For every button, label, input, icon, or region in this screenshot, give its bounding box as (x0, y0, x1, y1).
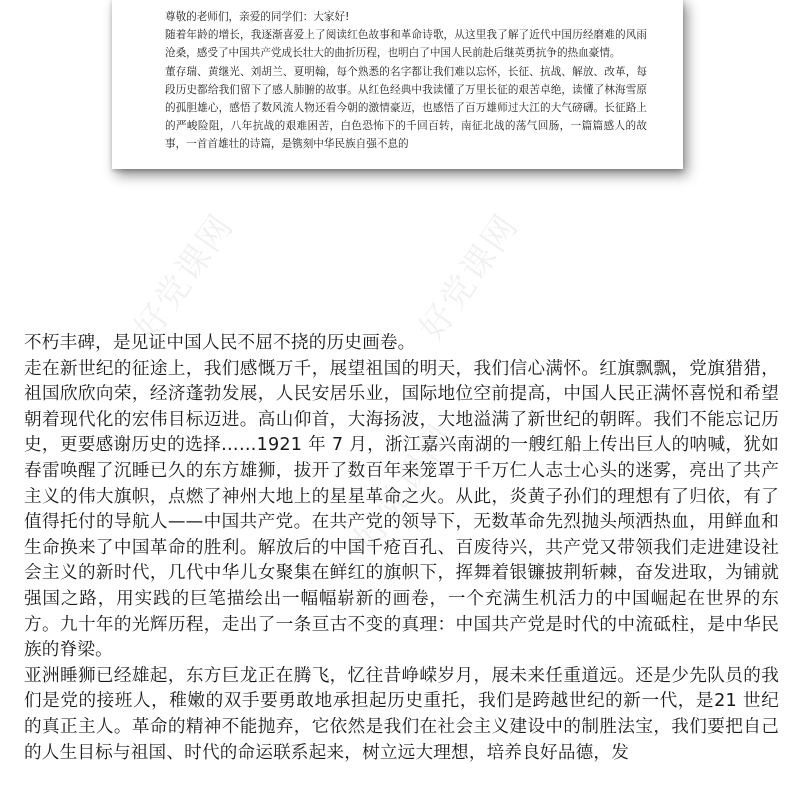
speech-body-text: 不朽丰碑，是见证中国人民不屈不挠的历史画卷。 走在新世纪的征途上，我们感慨万千，… (24, 331, 779, 766)
speech-preview-card: 尊敬的老师们，亲爱的同学们：大家好! 随着年龄的增长，我逐渐喜爱上了阅读红色故事… (112, 0, 683, 169)
card-paragraph-greeting: 尊敬的老师们，亲爱的同学们：大家好! (165, 8, 647, 26)
card-paragraph: 董存瑞、黄继光、刘胡兰、夏明翰，每个熟悉的名字都让我们难以忘怀，长征、抗战、解放… (165, 63, 647, 154)
watermark-text: 好党课网 (405, 202, 528, 348)
card-paragraph: 随着年龄的增长，我逐渐喜爱上了阅读红色故事和革命诗歌，从这里我了解了近代中国历经… (165, 26, 647, 62)
body-paragraph: 走在新世纪的征途上，我们感慨万千，展望祖国的明天，我们信心满怀。红旗飘飘，党旗猎… (24, 357, 779, 664)
card-text-block: 尊敬的老师们，亲爱的同学们：大家好! 随着年龄的增长，我逐渐喜爱上了阅读红色故事… (165, 8, 647, 154)
body-paragraph: 不朽丰碑，是见证中国人民不屈不挠的历史画卷。 (24, 331, 779, 357)
body-paragraph: 亚洲睡狮已经雄起，东方巨龙正在腾飞，忆往昔峥嵘岁月，展未来任重道远。还是少先队员… (24, 664, 779, 766)
document-page: 尊敬的老师们，亲爱的同学们：大家好! 随着年龄的增长，我逐渐喜爱上了阅读红色故事… (0, 0, 800, 800)
watermark-text: 好党课网 (120, 202, 243, 348)
